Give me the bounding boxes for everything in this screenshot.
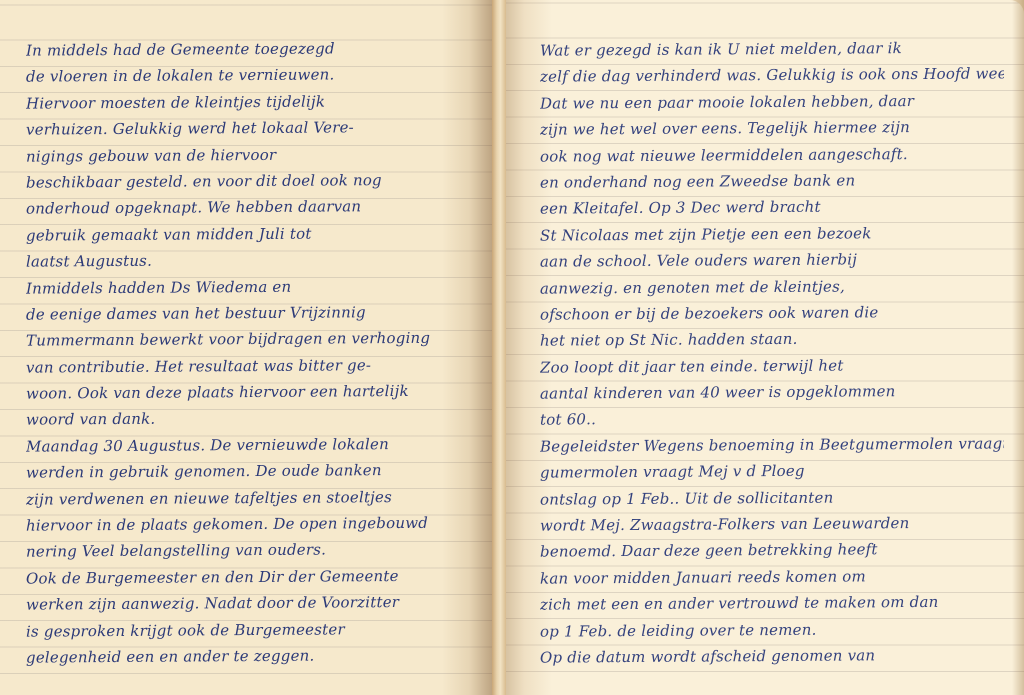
handwritten-line: beschikbaar gesteld. en voor dit doel oo…	[26, 166, 482, 196]
handwritten-line: Maandag 30 Augustus. De vernieuwde lokal…	[26, 430, 482, 460]
handwritten-line: het niet op St Nic. hadden staan.	[540, 325, 1004, 355]
handwritten-line: tot 60..	[540, 404, 1004, 434]
handwritten-line: Wat er gezegd is kan ik U niet melden, d…	[540, 34, 1004, 64]
handwritten-line: gumermolen vraagt Mej v d Ploeg	[540, 457, 1004, 487]
handwritten-line: aantal kinderen van 40 weer is opgeklomm…	[540, 377, 1004, 407]
notebook-spread: In middels had de Gemeente toegezegd de …	[0, 0, 1024, 695]
handwritten-line: van contributie. Het resultaat was bitte…	[26, 351, 482, 381]
handwritten-line: werden in gebruik genomen. De oude banke…	[26, 457, 482, 487]
handwritten-line: zich met een en ander vertrouwd te maken…	[540, 589, 1004, 619]
handwritten-line: benoemd. Daar deze geen betrekking heeft	[540, 536, 1004, 566]
handwritten-line: laatst Augustus.	[26, 246, 482, 276]
handwritten-line: Op die datum wordt afscheid genomen van	[540, 641, 1004, 671]
handwritten-line: aanwezig. en genoten met de kleintjes,	[540, 272, 1004, 302]
handwritten-line: zijn verdwenen en nieuwe tafeltjes en st…	[26, 483, 482, 513]
handwritten-line: zijn we het wel over eens. Tegelijk hier…	[540, 114, 1004, 144]
handwritten-line: kan voor midden Januari reeds komen om	[540, 562, 1004, 592]
handwritten-line: aan de school. Vele ouders waren hierbij	[540, 246, 1004, 276]
handwritten-line: Ook de Burgemeester en den Dir der Gemee…	[26, 562, 482, 592]
handwritten-line: St Nicolaas met zijn Pietje een een bezo…	[540, 219, 1004, 249]
handwritten-line: In middels had de Gemeente toegezegd	[26, 34, 482, 64]
handwritten-line: verhuizen. Gelukkig werd het lokaal Vere…	[26, 114, 482, 144]
handwritten-line: nering Veel belangstelling van ouders.	[26, 536, 482, 566]
handwritten-line: is gesproken krijgt ook de Burgemeester	[26, 615, 482, 645]
handwritten-line: Hiervoor moesten de kleintjes tijdelijk	[26, 87, 482, 117]
handwritten-line: Begeleidster Wegens benoeming in Beetgum…	[540, 430, 1004, 460]
right-page: Wat er gezegd is kan ik U niet melden, d…	[506, 0, 1024, 695]
handwritten-line: op 1 Feb. de leiding over te nemen.	[540, 615, 1004, 645]
handwritten-line: gebruik gemaakt van midden Juli tot	[26, 219, 482, 249]
handwritten-line: werken zijn aanwezig. Nadat door de Voor…	[26, 589, 482, 619]
handwritten-line: een Kleitafel. Op 3 Dec werd bracht	[540, 193, 1004, 223]
left-page: In middels had de Gemeente toegezegd de …	[0, 0, 492, 695]
handwritten-line: ook nog wat nieuwe leermiddelen aangesch…	[540, 140, 1004, 170]
handwritten-line: woord van dank.	[26, 404, 482, 434]
handwritten-line: zelf die dag verhinderd was. Gelukkig is…	[540, 61, 1004, 91]
handwritten-line: Inmiddels hadden Ds Wiedema en	[26, 272, 482, 302]
handwritten-line: onderhoud opgeknapt. We hebben daarvan	[26, 193, 482, 223]
handwritten-line: wordt Mej. Zwaagstra-Folkers van Leeuwar…	[540, 509, 1004, 539]
handwritten-line: ofschoon er bij de bezoekers ook waren d…	[540, 298, 1004, 328]
handwritten-line: Tummermann bewerkt voor bijdragen en ver…	[26, 325, 482, 355]
handwritten-line: ontslag op 1 Feb.. Uit de sollicitanten	[540, 483, 1004, 513]
handwritten-line: de eenige dames van het bestuur Vrijzinn…	[26, 298, 482, 328]
handwritten-line: gelegenheid een en ander te zeggen.	[26, 641, 482, 671]
handwritten-line: woon. Ook van deze plaats hiervoor een h…	[26, 377, 482, 407]
handwritten-line: Dat we nu een paar mooie lokalen hebben,…	[540, 87, 1004, 117]
book-spine	[492, 0, 506, 695]
handwritten-line: hiervoor in de plaats gekomen. De open i…	[26, 509, 482, 539]
handwritten-line: Zoo loopt dit jaar ten einde. terwijl he…	[540, 351, 1004, 381]
handwritten-line: nigings gebouw van de hiervoor	[26, 140, 482, 170]
handwritten-line: en onderhand nog een Zweedse bank en	[540, 166, 1004, 196]
handwritten-line: de vloeren in de lokalen te vernieuwen.	[26, 61, 482, 91]
